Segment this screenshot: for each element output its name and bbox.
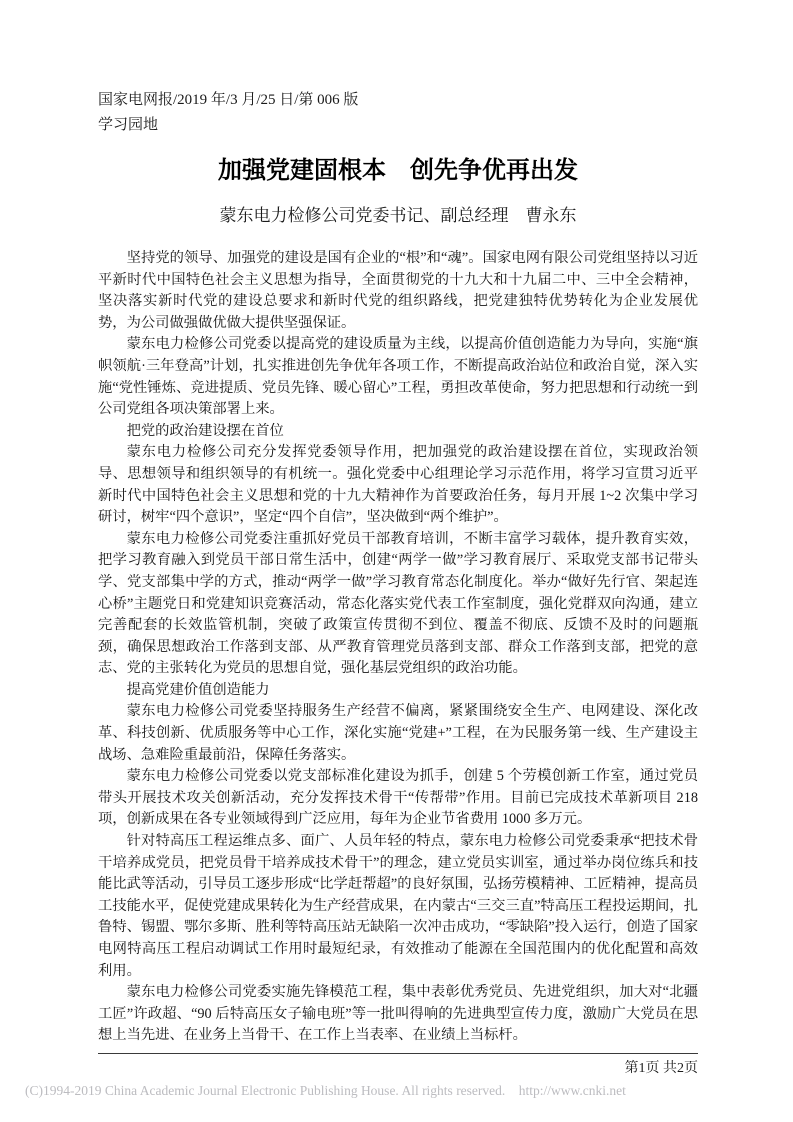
- section-subhead: 把党的政治建设摆在首位: [98, 421, 698, 443]
- section-subhead: 提高党建价值创造能力: [98, 680, 698, 702]
- article-paragraph: 蒙东电力检修公司党委以党支部标准化建设为抓手，创建 5 个劳模创新工作室，通过党…: [98, 766, 698, 831]
- page-indicator: 第1页 共2页: [98, 1059, 698, 1079]
- article-paragraph: 蒙东电力检修公司党委坚持服务生产经营不偏离，紧紧围绕安全生产、电网建设、深化改革…: [98, 701, 698, 766]
- article-paragraph: 蒙东电力检修公司党委以提高党的建设质量为主线，以提高价值创造能力为导向，实施“旗…: [98, 334, 698, 420]
- doc-header: 国家电网报/2019 年/3 月/25 日/第 006 版 学习园地: [98, 88, 698, 138]
- article-paragraph: 蒙东电力检修公司党委注重抓好党员干部教育培训，不断丰富学习载体，提升教育实效，把…: [98, 529, 698, 680]
- column-name: 学习园地: [98, 113, 698, 138]
- article-body: 坚持党的领导、加强党的建设是国有企业的“根”和“魂”。国家电网有限公司党组坚持以…: [98, 248, 698, 1047]
- document-page: 国家电网报/2019 年/3 月/25 日/第 006 版 学习园地 加强党建固…: [0, 0, 793, 1122]
- article-paragraph: 蒙东电力检修公司党委实施先锋模范工程，集中表彰优秀党员、先进党组织，加大对“北疆…: [98, 982, 698, 1047]
- article-paragraph: 坚持党的领导、加强党的建设是国有企业的“根”和“魂”。国家电网有限公司党组坚持以…: [98, 248, 698, 334]
- page-content: 国家电网报/2019 年/3 月/25 日/第 006 版 学习园地 加强党建固…: [98, 0, 698, 1079]
- page-footer: 第1页 共2页: [98, 1053, 698, 1079]
- article-paragraph: 蒙东电力检修公司充分发挥党委领导作用，把加强党的政治建设摆在首位，实现政治领导、…: [98, 442, 698, 528]
- article-byline: 蒙东电力检修公司党委书记、副总经理 曹永东: [98, 204, 698, 228]
- copyright-notice: (C)1994-2019 China Academic Journal Elec…: [25, 1082, 765, 1100]
- article-title: 加强党建固根本 创先争优再出发: [98, 154, 698, 188]
- article-paragraph: 针对特高压工程运维点多、面广、人员年轻的特点，蒙东电力检修公司党委秉承“把技术骨…: [98, 831, 698, 982]
- source-line: 国家电网报/2019 年/3 月/25 日/第 006 版: [98, 88, 698, 113]
